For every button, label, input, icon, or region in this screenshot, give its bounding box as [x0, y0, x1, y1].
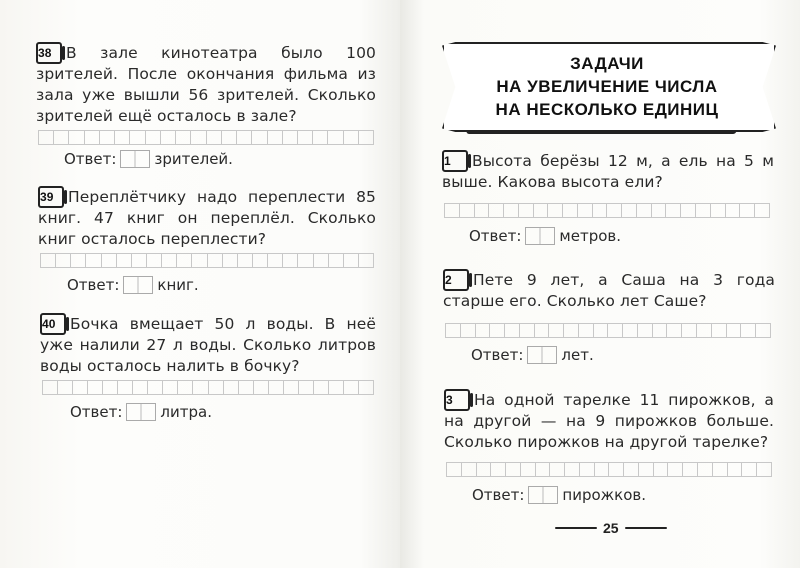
task-number-badge-icon: 1 — [442, 150, 468, 172]
section-title: ЗАДАЧИ НА УВЕЛИЧЕНИЕ ЧИСЛА НА НЕСКОЛЬКО … — [442, 52, 772, 121]
section-banner: ЗАДАЧИ НА УВЕЛИЧЕНИЕ ЧИСЛА НА НЕСКОЛЬКО … — [442, 42, 772, 130]
task-text: В зале кинотеатра было 100 зрителей. Пос… — [36, 44, 376, 125]
task-38: 38В зале кинотеатра было 100 зрителей. П… — [36, 42, 376, 127]
answer-row: Ответ: зрителей. — [64, 150, 233, 168]
answer-row: Ответ: книг. — [67, 276, 199, 294]
answer-unit: метров. — [559, 227, 621, 245]
page-number-text: 25 — [603, 520, 619, 536]
answer-grid[interactable] — [446, 462, 772, 477]
answer-label: Ответ: — [67, 276, 119, 294]
answer-row: Ответ: лет. — [471, 346, 594, 364]
answer-unit: зрителей. — [154, 150, 233, 168]
answer-label: Ответ: — [472, 486, 524, 504]
task-text: Переплётчику надо переплести 85 книг. 47… — [38, 188, 376, 248]
answer-box[interactable] — [527, 346, 557, 364]
task-text: Бочка вмещает 50 л воды. В неё уже налил… — [40, 315, 376, 375]
page-number-ornament-left — [555, 527, 597, 529]
answer-row: Ответ: метров. — [469, 227, 621, 245]
answer-row: Ответ: пирожков. — [472, 486, 646, 504]
title-line: НА УВЕЛИЧЕНИЕ ЧИСЛА — [442, 75, 772, 98]
answer-box[interactable] — [120, 150, 150, 168]
answer-grid[interactable] — [42, 380, 374, 395]
title-line: ЗАДАЧИ — [442, 52, 772, 75]
answer-unit: литра. — [160, 403, 212, 421]
answer-unit: лет. — [561, 346, 593, 364]
answer-unit: книг. — [157, 276, 198, 294]
title-line: НА НЕСКОЛЬКО ЕДИНИЦ — [442, 98, 772, 121]
task-number-badge-icon: 40 — [40, 313, 66, 335]
task-number-badge-icon: 2 — [443, 269, 469, 291]
task-number-badge-icon: 38 — [36, 42, 62, 64]
answer-box[interactable] — [528, 486, 558, 504]
task-number-badge-icon: 3 — [444, 389, 470, 411]
task-number-badge-icon: 39 — [38, 186, 64, 208]
answer-unit: пирожков. — [562, 486, 646, 504]
task-1: 1Высота берёзы 12 м, а ель на 5 м выше. … — [442, 150, 774, 193]
answer-box[interactable] — [525, 227, 555, 245]
task-2: 2Пете 9 лет, а Саша на 3 года старше его… — [443, 269, 775, 312]
answer-box[interactable] — [123, 276, 153, 294]
task-3: 3На одной тарелке 11 пирожков, а на друг… — [444, 389, 774, 453]
answer-row: Ответ: литра. — [70, 403, 212, 421]
task-40: 40Бочка вмещает 50 л воды. В неё уже нал… — [40, 313, 376, 377]
task-text: Пете 9 лет, а Саша на 3 года старше его.… — [443, 271, 775, 310]
answer-label: Ответ: — [64, 150, 116, 168]
answer-grid[interactable] — [444, 203, 770, 218]
answer-label: Ответ: — [471, 346, 523, 364]
answer-label: Ответ: — [469, 227, 521, 245]
answer-grid[interactable] — [40, 253, 374, 268]
task-39: 39Переплётчику надо переплести 85 книг. … — [38, 186, 376, 250]
answer-box[interactable] — [126, 403, 156, 421]
answer-grid[interactable] — [445, 323, 771, 338]
page-number-ornament-right — [625, 527, 667, 529]
page-number: 25 — [555, 520, 667, 536]
answer-label: Ответ: — [70, 403, 122, 421]
answer-grid[interactable] — [38, 130, 374, 145]
task-text: На одной тарелке 11 пирожков, а на друго… — [444, 391, 774, 451]
task-text: Высота берёзы 12 м, а ель на 5 м выше. К… — [442, 152, 774, 191]
